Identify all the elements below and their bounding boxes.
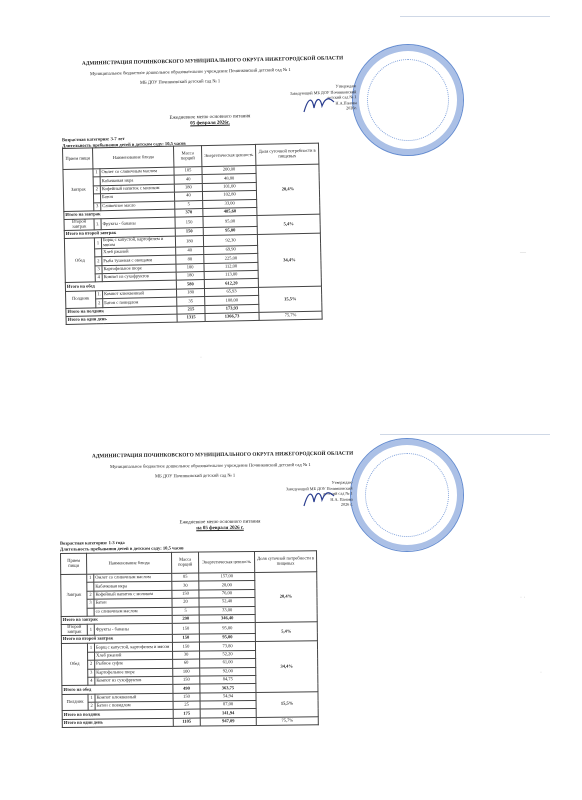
dish-name: Фрукты - бананы [94, 624, 172, 635]
dish-number: 1 [87, 574, 94, 582]
column-header: Доля суточной потребности в пищевых [255, 143, 318, 165]
subtotal-mass: 150 [172, 634, 199, 643]
day-total-mass: 1105 [173, 718, 200, 727]
subtotal-mass: 490 [173, 684, 200, 693]
official-stamp [352, 44, 464, 156]
institution-name: Муниципальное бюджетное дошкольное образ… [110, 462, 311, 469]
portion-mass: 5 [172, 607, 199, 616]
admin-header: АДМИНИСТРАЦИЯ ПОЧИНКОВСКОГО МУНИЦИПАЛЬНО… [82, 55, 343, 66]
portion-mass: 30 [173, 651, 200, 660]
column-header: Прием пищи [63, 148, 93, 170]
portion-mass: 150 [172, 642, 199, 651]
stay-duration: Длительность пребывания детей в детском … [60, 545, 184, 552]
daily-share: 5,4% [257, 214, 320, 234]
menu-meta: Возрастная категория: 1-3 года Длительно… [60, 539, 184, 551]
admin-header: АДМИНИСТРАЦИЯ ПОЧИНКОВСКОГО МУНИЦИПАЛЬНО… [92, 451, 353, 460]
column-header: Наименование блюда [87, 552, 172, 574]
official-stamp [350, 438, 464, 552]
scan-speck: · · [520, 595, 526, 601]
day-total-label: Итого на один день [66, 314, 177, 325]
column-header: Масса порций [172, 552, 199, 573]
meal-name: Завтрак [63, 169, 94, 212]
portion-mass: 180 [175, 236, 203, 247]
portion-mass: 30 [172, 581, 199, 590]
daily-share: 20,4% [255, 572, 318, 623]
portion-mass: 60 [173, 659, 200, 668]
column-header: Масса порций [174, 146, 202, 168]
day-total-energy: 947,09 [200, 717, 256, 726]
daily-share: 15,5% [258, 286, 322, 312]
day-total-row: Итого на один день1105947,0975,7% [62, 717, 318, 728]
portion-mass: 150 [175, 217, 203, 228]
dish-number: 4 [88, 677, 95, 685]
scan-speck: · [200, 355, 202, 361]
menu-title: Ежедневное меню основного питания на 05 … [140, 519, 300, 533]
daily-share: 34,4% [255, 641, 318, 692]
meal-name: Второй завтрак [61, 625, 87, 636]
signature [300, 92, 340, 118]
column-header: Энергетическая ценность [199, 551, 255, 573]
portion-mass: 150 [172, 590, 199, 599]
meal-name: Обед [61, 644, 87, 686]
portion-mass: 150 [173, 676, 200, 685]
menu-table: Прием пищи Наименование блюда Масса порц… [60, 550, 319, 728]
signature [300, 486, 340, 512]
day-total-share: 75,7% [256, 717, 318, 726]
portion-mass: 150 [172, 623, 199, 634]
dish-number: 3 [87, 599, 94, 607]
scan-artifact-line [400, 16, 550, 17]
energy-value: 95,00 [199, 623, 255, 634]
column-header: Доля суточной потребности в пищевых [255, 551, 317, 573]
meal-name: Полдник [62, 694, 88, 711]
dish-number [88, 652, 95, 660]
portion-mass: 100 [173, 668, 200, 677]
meal-name: Второй завтрак [64, 219, 94, 230]
menu-table: Прием пищи Наименование блюда Масса порц… [62, 143, 323, 326]
day-total-mass: 1315 [177, 314, 205, 323]
subtotal-mass: 175 [173, 709, 200, 718]
daily-share: 20,4% [256, 164, 320, 216]
scan-artifact-line [380, 434, 550, 435]
portion-mass: 25 [173, 701, 200, 710]
meal-name: Полдник [66, 291, 96, 308]
portion-mass: 20 [172, 598, 199, 607]
column-header: Прием пищи [61, 553, 87, 574]
day-total-energy: 1366,73 [205, 312, 259, 322]
menu-document-younger: АДМИНИСТРАЦИЯ ПОЧИНКОВСКОГО МУНИЦИПАЛЬНО… [0, 400, 582, 800]
meal-name: Завтрак [61, 574, 87, 616]
scan-speck: · [540, 670, 542, 676]
portion-mass: 85 [172, 573, 199, 582]
column-header: Энергетическая ценность [201, 144, 255, 166]
menu-title: Ежедневное меню основного питания 05 фев… [130, 113, 290, 129]
daily-share: 15,5% [256, 691, 318, 717]
daily-share: 5,4% [255, 622, 317, 642]
meal-name: Обед [64, 238, 95, 283]
institution-short-name: МБ ДОУ Починковский детский сад № 1 [155, 473, 235, 479]
institution-short-name: МБ ДОУ Починковский детский сад № 1 [140, 78, 220, 85]
daily-share: 34,4% [257, 233, 321, 287]
institution-name: Муниципальное бюджетное дошкольное образ… [90, 67, 291, 76]
scan-speck: — [520, 250, 526, 256]
day-total-label: Итого на один день [62, 718, 173, 728]
column-header: Наименование блюда [93, 146, 174, 169]
menu-date: на 05 февраля 2026 г. [140, 526, 300, 534]
day-total-share: 75,7% [259, 311, 322, 321]
portion-mass: 150 [173, 693, 200, 702]
menu-document-older: АДМИНИСТРАЦИЯ ПОЧИНКОВСКОГО МУНИЦИПАЛЬНО… [0, 0, 582, 400]
subtotal-mass: 290 [172, 615, 199, 624]
